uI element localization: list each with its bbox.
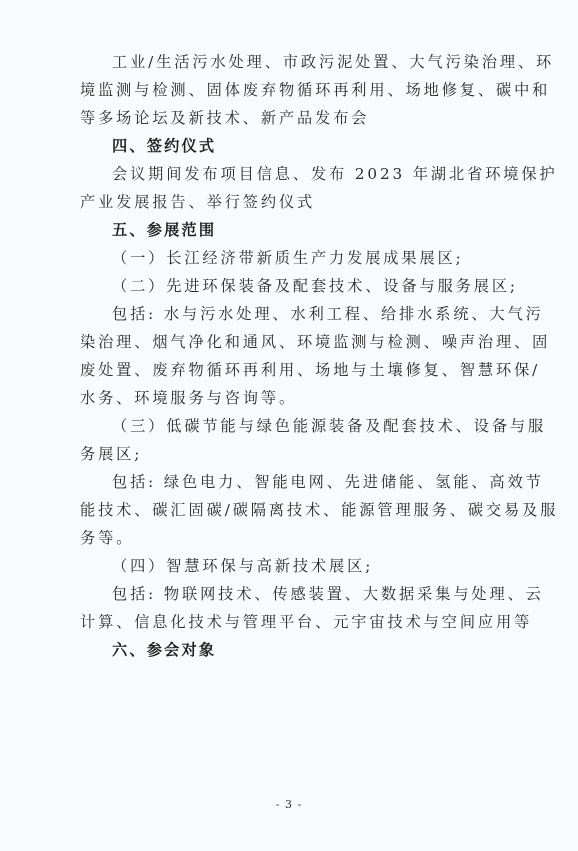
section-heading: 四、签约仪式 [112, 136, 500, 156]
paragraph-line: 包括: 物联网技术、传感装置、大数据采集与处理、云 [112, 584, 500, 604]
paragraph-line: （一）长江经济带新质生产力发展成果展区; [112, 248, 500, 268]
paragraph-line: 务展区; [80, 444, 500, 464]
paragraph-line: 废处置、废弃物循环再利用、场地与土壤修复、智慧环保/ [80, 360, 500, 380]
paragraph-line: 等多场论坛及新技术、新产品发布会 [80, 108, 500, 128]
section-heading: 五、参展范围 [112, 220, 500, 240]
paragraph-line: （四）智慧环保与高新技术展区; [112, 556, 500, 576]
paragraph-line: 会议期间发布项目信息、发布 2023 年湖北省环境保护 [112, 164, 500, 184]
paragraph-line: 能技术、碳汇固碳/碳隔离技术、能源管理服务、碳交易及服 [80, 500, 500, 520]
paragraph-line: 工业/生活污水处理、市政污泥处置、大气污染治理、环 [112, 52, 500, 72]
section-heading: 六、参会对象 [112, 640, 500, 660]
page-number: - 3 - [0, 798, 578, 811]
paragraph-line: 务等。 [80, 528, 500, 548]
paragraph-line: 计算、信息化技术与管理平台、元宇宙技术与空间应用等 [80, 612, 500, 632]
paragraph-line: 产业发展报告、举行签约仪式 [80, 192, 500, 212]
document-page: 工业/生活污水处理、市政污泥处置、大气污染治理、环境监测与检测、固体废弃物循环再… [0, 0, 578, 851]
paragraph-line: 包括: 水与污水处理、水利工程、给排水系统、大气污 [112, 304, 500, 324]
paragraph-line: 染治理、烟气净化和通风、环境监测与检测、噪声治理、固 [80, 332, 500, 352]
paragraph-line: （三）低碳节能与绿色能源装备及配套技术、设备与服 [112, 416, 500, 436]
paragraph-line: 境监测与检测、固体废弃物循环再利用、场地修复、碳中和 [80, 80, 500, 100]
paragraph-line: 水务、环境服务与咨询等。 [80, 388, 500, 408]
paragraph-line: 包括: 绿色电力、智能电网、先进储能、氢能、高效节 [112, 472, 500, 492]
paragraph-line: （二）先进环保装备及配套技术、设备与服务展区; [112, 276, 500, 296]
